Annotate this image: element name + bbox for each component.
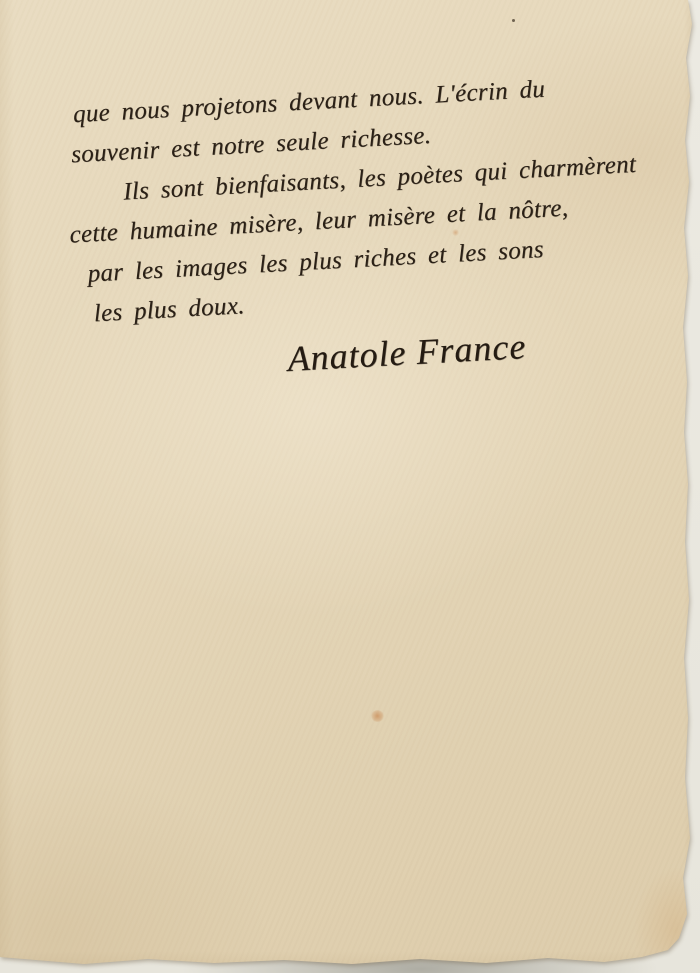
manuscript-paper: que nous projetons devant nous. L'écrin … bbox=[0, 0, 700, 973]
manuscript-text: que nous projetons devant nous. L'écrin … bbox=[58, 62, 700, 410]
foxing-spot bbox=[371, 710, 384, 722]
signature: Anatole France bbox=[286, 316, 700, 398]
photo-background: que nous projetons devant nous. L'écrin … bbox=[0, 0, 700, 973]
paper-shadow-wrapper: que nous projetons devant nous. L'écrin … bbox=[0, 0, 700, 973]
signature-text: Anatole France bbox=[286, 326, 527, 379]
ink-speck bbox=[512, 19, 515, 22]
